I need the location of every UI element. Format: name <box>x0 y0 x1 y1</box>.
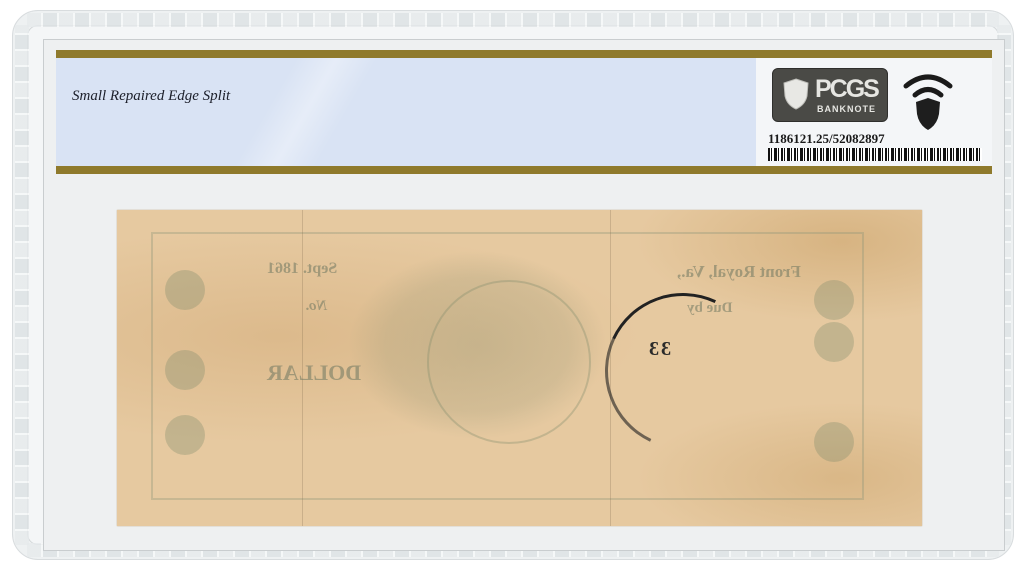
stamp-number: 33 <box>647 338 671 361</box>
slab-holder: Small Repaired Edge Split PCGS BANKNOTE … <box>12 10 1014 560</box>
pcgs-logo: PCGS BANKNOTE <box>772 68 888 122</box>
note-medallion <box>814 422 854 462</box>
barcode <box>768 148 982 161</box>
note-seal-ring <box>427 280 591 444</box>
grader-sub-text: BANKNOTE <box>817 104 876 114</box>
note-medallion <box>814 322 854 362</box>
holder-frame-pattern-left <box>15 25 29 545</box>
label-sheen <box>236 58 376 166</box>
shield-icon <box>783 78 809 110</box>
gold-stripe-top <box>56 50 992 58</box>
holder-inner-well: Small Repaired Edge Split PCGS BANKNOTE … <box>43 39 1005 551</box>
nfc-wireless-shield-icon <box>902 70 954 132</box>
note-date-text: Sept. 1861 <box>267 260 337 278</box>
grader-logo-text: PCGS <box>815 75 878 104</box>
note-medallion <box>814 280 854 320</box>
gold-stripe-bottom <box>56 166 992 174</box>
label-comment: Small Repaired Edge Split <box>72 88 230 105</box>
note-number-text: No. <box>305 298 327 315</box>
note-denomination-text: DOLLAR <box>267 360 361 386</box>
banknote: Sept. 1861 No. DOLLAR Front Royal, Va., … <box>117 210 922 526</box>
holder-frame-pattern-top <box>27 13 999 27</box>
grading-label: Small Repaired Edge Split PCGS BANKNOTE … <box>56 50 992 174</box>
note-medallion <box>165 350 205 390</box>
cert-number: 1186121.25/52082897 <box>768 131 885 147</box>
note-medallion <box>165 415 205 455</box>
note-medallion <box>165 270 205 310</box>
note-location-text: Front Royal, Va., <box>677 262 801 282</box>
